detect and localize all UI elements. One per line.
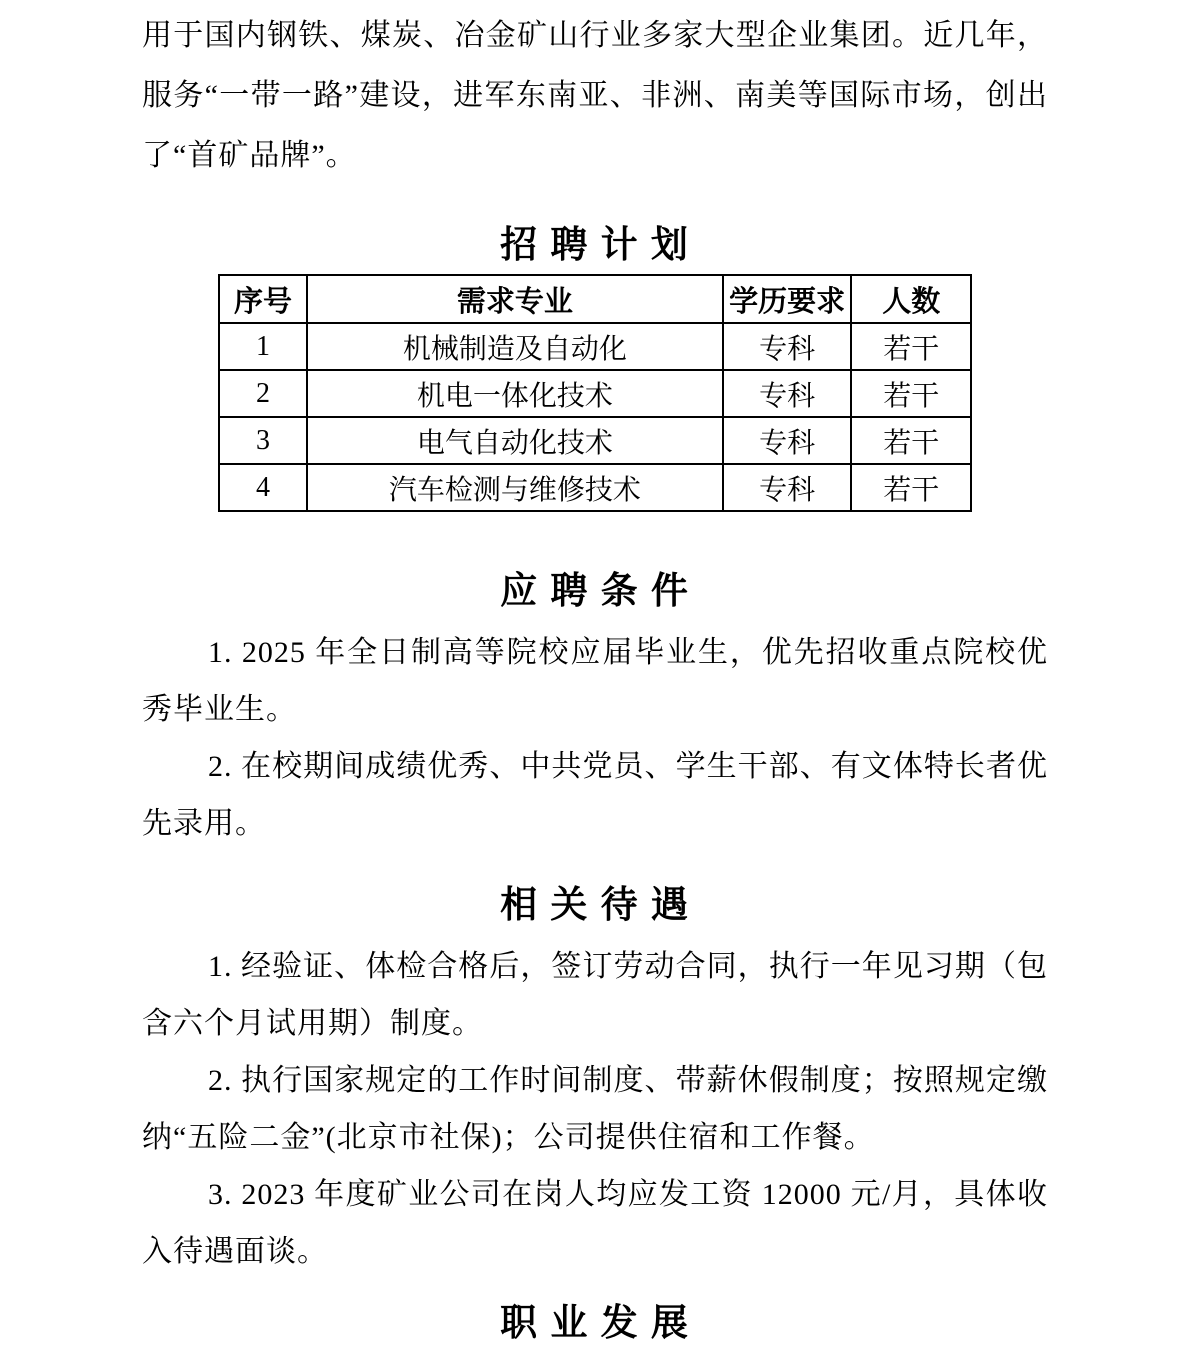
cell-seq: 3 xyxy=(219,417,307,464)
cell-education: 专科 xyxy=(723,370,852,417)
col-header-count: 人数 xyxy=(851,275,971,323)
col-header-seq: 序号 xyxy=(219,275,307,323)
table-row: 3 电气自动化技术 专科 若干 xyxy=(219,417,971,464)
table-row: 4 汽车检测与维修技术 专科 若干 xyxy=(219,464,971,511)
cell-major: 电气自动化技术 xyxy=(307,417,723,464)
cell-count: 若干 xyxy=(851,323,971,370)
career-development-heading: 职 业 发 展 xyxy=(142,1300,1048,1348)
document-page: 用于国内钢铁、煤炭、冶金矿山行业多家大型企业集团。近几年，服务“一带一路”建设，… xyxy=(0,0,1190,1348)
table-header-row: 序号 需求专业 学历要求 人数 xyxy=(219,275,971,323)
cell-major: 汽车检测与维修技术 xyxy=(307,464,723,511)
benefit-item: 1. 经验证、体检合格后，签订劳动合同，执行一年见习期（包含六个月试用期）制度。 xyxy=(142,938,1048,1052)
benefits-list: 1. 经验证、体检合格后，签订劳动合同，执行一年见习期（包含六个月试用期）制度。… xyxy=(142,938,1048,1280)
col-header-major: 需求专业 xyxy=(307,275,723,323)
application-conditions-list: 1. 2025 年全日制高等院校应届毕业生，优先招收重点院校优秀毕业生。 2. … xyxy=(142,624,1048,852)
cell-count: 若干 xyxy=(851,370,971,417)
cell-education: 专科 xyxy=(723,323,852,370)
application-conditions-heading: 应 聘 条 件 xyxy=(142,568,1048,616)
condition-item: 1. 2025 年全日制高等院校应届毕业生，优先招收重点院校优秀毕业生。 xyxy=(142,624,1048,738)
cell-seq: 4 xyxy=(219,464,307,511)
cell-major: 机电一体化技术 xyxy=(307,370,723,417)
cell-count: 若干 xyxy=(851,464,971,511)
intro-paragraph: 用于国内钢铁、煤炭、冶金矿山行业多家大型企业集团。近几年，服务“一带一路”建设，… xyxy=(142,6,1048,186)
cell-major: 机械制造及自动化 xyxy=(307,323,723,370)
cell-count: 若干 xyxy=(851,417,971,464)
cell-education: 专科 xyxy=(723,464,852,511)
benefit-item: 3. 2023 年度矿业公司在岗人均应发工资 12000 元/月，具体收入待遇面… xyxy=(142,1166,1048,1280)
cell-education: 专科 xyxy=(723,417,852,464)
condition-item: 2. 在校期间成绩优秀、中共党员、学生干部、有文体特长者优先录用。 xyxy=(142,738,1048,852)
cell-seq: 2 xyxy=(219,370,307,417)
cell-seq: 1 xyxy=(219,323,307,370)
table-row: 1 机械制造及自动化 专科 若干 xyxy=(219,323,971,370)
recruitment-plan-heading: 招 聘 计 划 xyxy=(142,222,1048,270)
benefits-heading: 相 关 待 遇 xyxy=(142,882,1048,930)
benefit-item: 2. 执行国家规定的工作时间制度、带薪休假制度；按照规定缴纳“五险二金”(北京市… xyxy=(142,1052,1048,1166)
recruitment-plan-table: 序号 需求专业 学历要求 人数 1 机械制造及自动化 专科 若干 2 机电一体化… xyxy=(218,274,972,512)
table-row: 2 机电一体化技术 专科 若干 xyxy=(219,370,971,417)
col-header-education: 学历要求 xyxy=(723,275,852,323)
